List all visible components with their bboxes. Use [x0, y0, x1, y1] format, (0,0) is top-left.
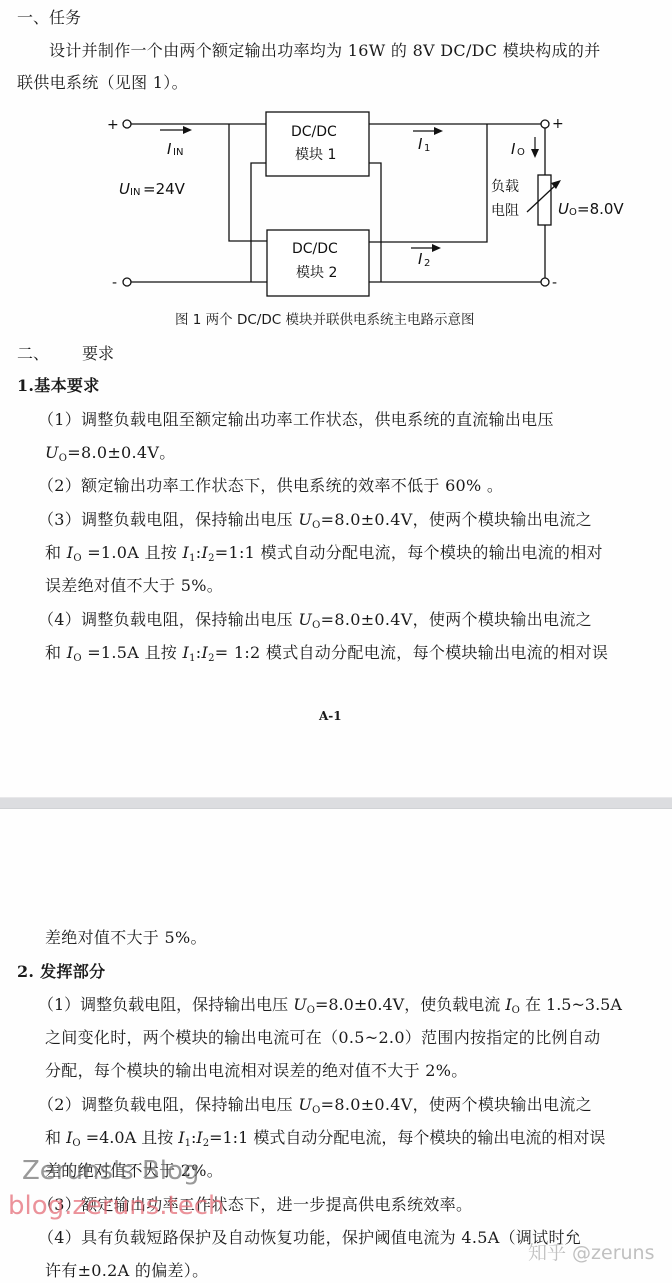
svg-text:负载: 负载 — [491, 178, 519, 195]
svg-text:I: I — [167, 140, 172, 158]
figure-caption: 图 1 两个 DC/DC 模块并联供电系统主电路示意图 — [175, 308, 474, 328]
input-minus-terminal — [123, 278, 131, 286]
svg-text:+: + — [107, 117, 119, 133]
advanced-item-1-line3: 分配，每个模块的输出电流相对误差的绝对值不大于 2%。 — [45, 1058, 468, 1081]
svg-text:电阻: 电阻 — [491, 202, 519, 219]
advanced-title: 2. 发挥部分 — [17, 959, 105, 982]
continued-text: 差绝对值不大于 5%。 — [45, 925, 207, 948]
svg-text:IN: IN — [130, 187, 140, 198]
watermark-zhihu: 知乎 @zeruns — [528, 1238, 655, 1265]
svg-text:=24V: =24V — [143, 180, 186, 198]
input-plus-terminal — [123, 120, 131, 128]
svg-text:U: U — [119, 180, 130, 198]
advanced-item-1-line1: （1）调整负载电阻，保持输出电压 UO=8.0±0.4V，使负载电流 IO 在 … — [38, 992, 622, 1016]
watermark-blog-url: blog.zeruns.tech — [8, 1191, 224, 1221]
advanced-item-2-line1: （2）调整负载电阻，保持输出电压 UO=8.0±0.4V，使两个模块输出电流之 — [38, 1092, 592, 1116]
svg-text:+: + — [552, 116, 564, 132]
basic-item-3-line1: （3）调整负载电阻，保持输出电压 UO=8.0±0.4V，使两个模块输出电流之 — [38, 507, 592, 531]
basic-item-4-line2: 和 IO =1.5A 且按 I1:I2= 1:2 模式自动分配电流，每个模块输出… — [45, 640, 608, 664]
basic-item-2: （2）额定输出功率工作状态下，供电系统的效率不低于 60% 。 — [38, 473, 503, 496]
advanced-item-4-line2: 许有±0.2A 的偏差）。 — [45, 1258, 208, 1281]
module1-box — [266, 112, 369, 176]
basic-item-1-line2: UO=8.0±0.4V。 — [45, 440, 176, 464]
basic-item-3-line2: 和 IO =1.0A 且按 I1:I2=1:1 模式自动分配电流，每个模块的输出… — [45, 540, 603, 564]
svg-text:O: O — [569, 207, 577, 218]
svg-text:DC/DC: DC/DC — [292, 241, 338, 257]
circuit-diagram: + - + - DC/DC 模块 1 DC/DC 模块 2 负载 电阻 I IN… — [0, 100, 672, 305]
task-description-line2: 联供电系统（见图 1）。 — [17, 70, 188, 93]
watermark-blog-name: Zeruns's Blog — [22, 1156, 199, 1186]
svg-text:DC/DC: DC/DC — [291, 124, 337, 140]
svg-text:O: O — [517, 147, 525, 158]
basic-requirements-title: 1.基本要求 — [17, 373, 100, 396]
section-title-number: 二、 — [17, 341, 49, 364]
svg-text:=8.0V: =8.0V — [577, 200, 624, 218]
svg-text:I: I — [511, 140, 516, 158]
svg-text:2: 2 — [424, 258, 430, 269]
svg-text:IN: IN — [173, 147, 183, 158]
task-description-line1: 设计并制作一个由两个额定输出功率均为 16W 的 8V DC/DC 模块构成的并 — [49, 38, 601, 61]
basic-item-4-line1: （4）调整负载电阻，保持输出电压 UO=8.0±0.4V，使两个模块输出电流之 — [38, 607, 592, 631]
svg-text:U: U — [558, 200, 569, 218]
section-title-task: 一、任务 — [17, 5, 81, 28]
svg-text:-: - — [112, 275, 117, 291]
svg-text:-: - — [552, 275, 557, 291]
page-separator — [0, 797, 672, 809]
section-title-requirements: 要求 — [82, 341, 114, 364]
advanced-item-1-line2: 之间变化时，两个模块的输出电流可在（0.5~2.0）范围内按指定的比例自动 — [45, 1025, 600, 1048]
svg-text:模块 1: 模块 1 — [295, 146, 336, 163]
page-number: A-1 — [319, 709, 342, 723]
basic-item-1-line1: （1）调整负载电阻至额定输出功率工作状态，供电系统的直流输出电压 — [38, 407, 554, 430]
advanced-item-2-line2: 和 IO =4.0A 且按 I1:I2=1:1 模式自动分配电流，每个模块的输出… — [45, 1125, 605, 1149]
svg-text:1: 1 — [424, 143, 430, 154]
svg-text:I: I — [418, 250, 423, 268]
basic-item-3-line3: 误差绝对值不大于 5%。 — [45, 573, 223, 596]
module2-box — [267, 230, 369, 296]
advanced-item-4-line1: （4）具有负载短路保护及自动恢复功能，保护阈值电流为 4.5A（调试时允 — [38, 1225, 581, 1248]
svg-text:I: I — [418, 135, 423, 153]
svg-text:模块 2: 模块 2 — [296, 264, 337, 281]
